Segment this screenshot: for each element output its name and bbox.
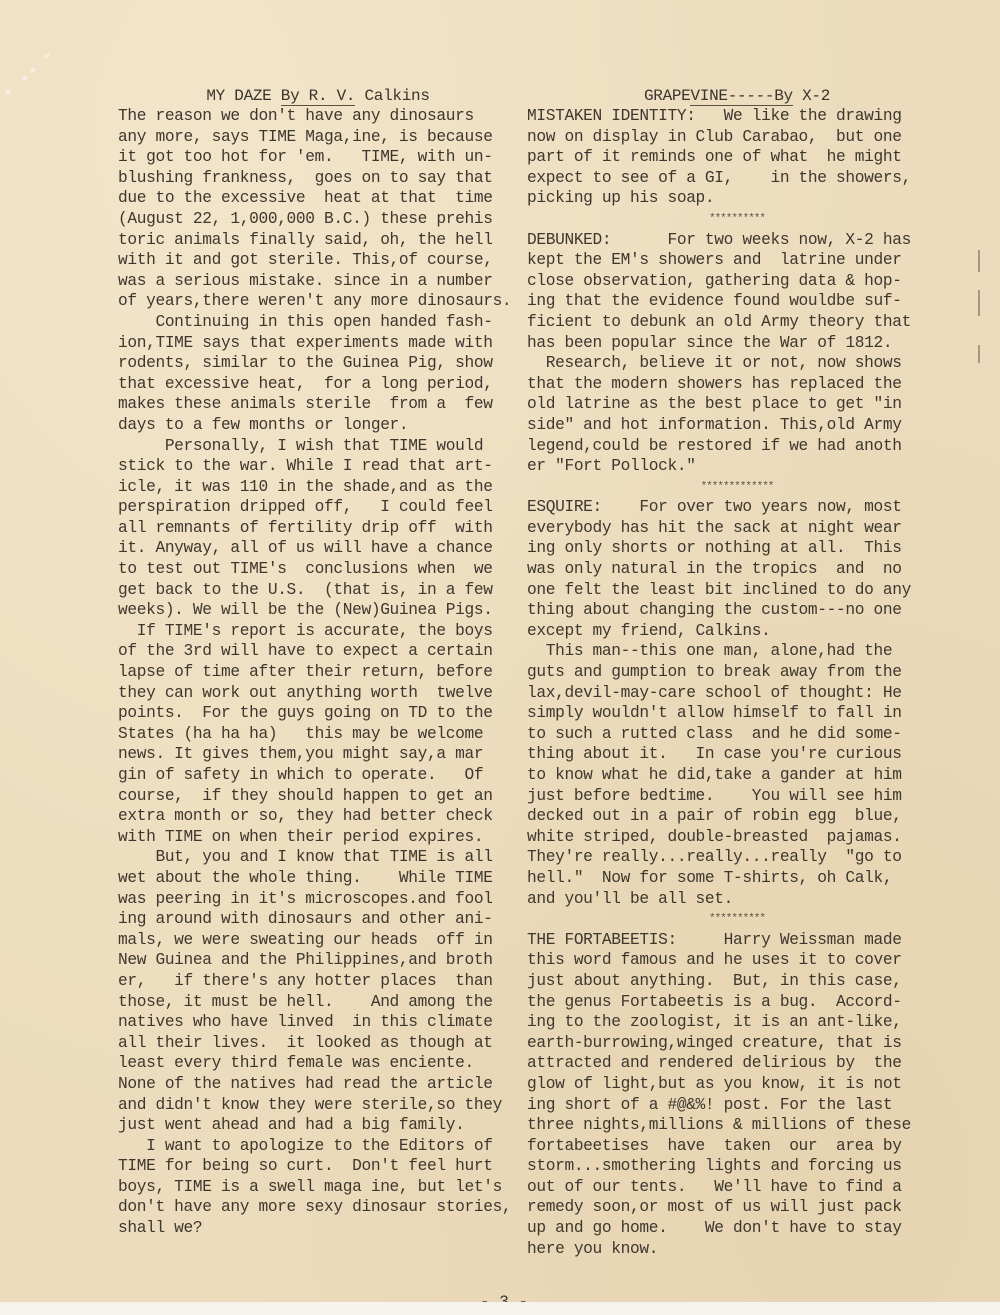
text-line: storm...smothering lights and forcing us — [527, 1156, 947, 1177]
text-line: thing about changing the custom---no one — [527, 600, 947, 621]
text-line: all remnants of fertility drip off with — [118, 518, 518, 539]
margin-mark — [978, 290, 980, 316]
text-line: out of our tents. We'll have to find a — [527, 1177, 947, 1198]
grapevine-item: MISTAKEN IDENTITY: We like the drawingno… — [527, 106, 947, 230]
text-line: er, if there's any hotter places than — [118, 971, 518, 992]
text-line: kept the EM's showers and latrine under — [527, 250, 947, 271]
text-line: ficient to debunk an old Army theory tha… — [527, 312, 947, 333]
text-line: decked out in a pair of robin egg blue, — [527, 806, 947, 827]
text-line: news. It gives them,you might say,a mar — [118, 744, 518, 765]
scan-bottom-edge — [0, 1302, 1000, 1315]
text-line: has been popular since the War of 1812. — [527, 333, 947, 354]
text-line: to know what he did,take a gander at him — [527, 765, 947, 786]
text-line: this word famous and he uses it to cover — [527, 950, 947, 971]
text-line: shall we? — [118, 1218, 518, 1239]
text-line: side" and hot information. This,old Army — [527, 415, 947, 436]
asterisk-separator: ********** — [527, 909, 947, 930]
column-grapevine: GRAPEVINE-----By X-2 MISTAKEN IDENTITY: … — [527, 86, 947, 1259]
text-line: But, you and I know that TIME is all — [118, 847, 518, 868]
asterisk-separator: ********** — [527, 209, 947, 230]
article-title-my-daze: MY DAZE By R. V. Calkins — [118, 86, 518, 106]
text-line: simply wouldn't allow himself to fall in — [527, 703, 947, 724]
text-line: one felt the least bit inclined to do an… — [527, 580, 947, 601]
text-line: None of the natives had read the article — [118, 1074, 518, 1095]
text-line: close observation, gathering data & hop- — [527, 271, 947, 292]
text-line: old latrine as the best place to get "in — [527, 394, 947, 415]
text-line: of years,there weren't any more dinosaur… — [118, 291, 518, 312]
text-line: course, if they should happen to get an — [118, 786, 518, 807]
text-line: hell." Now for some T-shirts, oh Calk, — [527, 868, 947, 889]
text-line: it. Anyway, all of us will have a chance — [118, 538, 518, 559]
text-line: all their lives. it looked as though at — [118, 1033, 518, 1054]
text-line: to such a rutted class and he did some- — [527, 724, 947, 745]
text-line: just before bedtime. You will see him — [527, 786, 947, 807]
text-line: don't have any more sexy dinosaur storie… — [118, 1197, 518, 1218]
text-line: weeks). We will be the (New)Guinea Pigs. — [118, 600, 518, 621]
text-line: guts and gumption to break away from the — [527, 662, 947, 683]
text-line: now on display in Club Carabao, but one — [527, 127, 947, 148]
text-line: (August 22, 1,000,000 B.C.) these prehis — [118, 209, 518, 230]
text-line: lapse of time after their return, before — [118, 662, 518, 683]
text-line: was peering in it's microscopes.and fool — [118, 889, 518, 910]
text-line: that the modern showers has replaced the — [527, 374, 947, 395]
text-line: that excessive heat, for a long period, — [118, 374, 518, 395]
text-line: get back to the U.S. (that is, in a few — [118, 580, 518, 601]
text-line: Personally, I wish that TIME would — [118, 436, 518, 457]
text-line: attracted and rendered delirious by the — [527, 1053, 947, 1074]
grapevine-item: THE FORTABEETIS: Harry Weissman madethis… — [527, 930, 947, 1260]
text-line: mals, we were sweating our heads off in — [118, 930, 518, 951]
text-line: THE FORTABEETIS: Harry Weissman made — [527, 930, 947, 951]
grapevine-item: ESQUIRE: For over two years now, mosteve… — [527, 497, 947, 929]
asterisk-separator: ************* — [527, 477, 947, 498]
text-line: except my friend, Calkins. — [527, 621, 947, 642]
text-line: If TIME's report is accurate, the boys — [118, 621, 518, 642]
text-line: I want to apologize to the Editors of — [118, 1136, 518, 1157]
text-line: just went ahead and had a big family. — [118, 1115, 518, 1136]
grapevine-item: DEBUNKED: For two weeks now, X-2 haskept… — [527, 230, 947, 498]
text-line: to test out TIME's conclusions when we — [118, 559, 518, 580]
text-line: ESQUIRE: For over two years now, most — [527, 497, 947, 518]
text-line: three nights,millions & millions of thes… — [527, 1115, 947, 1136]
text-line: er "Fort Pollock." — [527, 456, 947, 477]
text-line: everybody has hit the sack at night wear — [527, 518, 947, 539]
text-line: lax,devil-may-care school of thought: He — [527, 683, 947, 704]
text-line: picking up his soap. — [527, 188, 947, 209]
text-line: was a serious mistake. since in a number — [118, 271, 518, 292]
text-line: of the 3rd will have to expect a certain — [118, 641, 518, 662]
text-line: expect to see of a GI, in the showers, — [527, 168, 947, 189]
text-line: perspiration dripped off, I could feel — [118, 497, 518, 518]
text-line: least every third female was enciente. — [118, 1053, 518, 1074]
article-body-grapevine: MISTAKEN IDENTITY: We like the drawingno… — [527, 106, 947, 1259]
text-line: ing short of a #@&%! post. For the last — [527, 1095, 947, 1116]
text-line: thing about it. In case you're curious — [527, 744, 947, 765]
text-line: ing that the evidence found wouldbe suf- — [527, 291, 947, 312]
text-line: They're really...really...really "go to — [527, 847, 947, 868]
paper-punch-mark — [21, 75, 28, 82]
text-line: DEBUNKED: For two weeks now, X-2 has — [527, 230, 947, 251]
text-line: This man--this one man, alone,had the — [527, 641, 947, 662]
paper-punch-mark — [29, 67, 36, 74]
article-body-my-daze: The reason we don't have any dinosaursan… — [118, 106, 518, 1239]
paper-punch-mark — [4, 89, 11, 96]
typewritten-newsletter-page: MY DAZE By R. V. Calkins The reason we d… — [0, 0, 1000, 1315]
margin-mark — [978, 250, 980, 272]
text-line: blushing frankness, goes on to say that — [118, 168, 518, 189]
text-line: was only natural in the tropics and no — [527, 559, 947, 580]
text-line: natives who have linved in this climate — [118, 1012, 518, 1033]
text-line: glow of light,but as you know, it is not — [527, 1074, 947, 1095]
text-line: The reason we don't have any dinosaurs — [118, 106, 518, 127]
text-line: just about anything. But, in this case, — [527, 971, 947, 992]
text-line: States (ha ha ha) this may be welcome — [118, 724, 518, 745]
text-line: ion,TIME says that experiments made with — [118, 333, 518, 354]
text-line: with TIME on when their period expires. — [118, 827, 518, 848]
text-line: days to a few months or longer. — [118, 415, 518, 436]
column-my-daze: MY DAZE By R. V. Calkins The reason we d… — [118, 86, 518, 1239]
text-line: extra month or so, they had better check — [118, 806, 518, 827]
text-line: MISTAKEN IDENTITY: We like the drawing — [527, 106, 947, 127]
text-line: remedy soon,or most of us will just pack — [527, 1197, 947, 1218]
text-line: rodents, similar to the Guinea Pig, show — [118, 353, 518, 374]
text-line: those, it must be hell. And among the — [118, 992, 518, 1013]
text-line: and didn't know they were sterile,so the… — [118, 1095, 518, 1116]
text-line: boys, TIME is a swell maga ine, but let'… — [118, 1177, 518, 1198]
text-line: ing to the zoologist, it is an ant-like, — [527, 1012, 947, 1033]
text-line: and you'll be all set. — [527, 889, 947, 910]
text-line: they can work out anything worth twelve — [118, 683, 518, 704]
text-line: ing around with dinosaurs and other ani- — [118, 909, 518, 930]
text-line: part of it reminds one of what he might — [527, 147, 947, 168]
text-line: up and go home. We don't have to stay — [527, 1218, 947, 1239]
text-line: legend,could be restored if we had anoth — [527, 436, 947, 457]
text-line: stick to the war. While I read that art- — [118, 456, 518, 477]
text-line: any more, says TIME Maga,ine, is because — [118, 127, 518, 148]
text-line: it got too hot for 'em. TIME, with un- — [118, 147, 518, 168]
margin-mark — [978, 345, 980, 363]
paper-punch-mark — [43, 53, 50, 60]
text-line: points. For the guys going on TD to the — [118, 703, 518, 724]
text-line: Continuing in this open handed fash- — [118, 312, 518, 333]
text-line: the genus Fortabeetis is a bug. Accord- — [527, 992, 947, 1013]
text-line: toric animals finally said, oh, the hell — [118, 230, 518, 251]
text-line: here you know. — [527, 1239, 947, 1260]
article-title-grapevine: GRAPEVINE-----By X-2 — [527, 86, 947, 106]
text-line: with it and got sterile. This,of course, — [118, 250, 518, 271]
text-line: earth-burrowing,winged creature, that is — [527, 1033, 947, 1054]
text-line: fortabeetises have taken our area by — [527, 1136, 947, 1157]
text-line: TIME for being so curt. Don't feel hurt — [118, 1156, 518, 1177]
text-line: icle, it was 110 in the shade,and as the — [118, 477, 518, 498]
text-line: ing only shorts or nothing at all. This — [527, 538, 947, 559]
text-line: gin of safety in which to operate. Of — [118, 765, 518, 786]
text-line: New Guinea and the Philippines,and broth — [118, 950, 518, 971]
text-line: white striped, double-breasted pajamas. — [527, 827, 947, 848]
text-line: Research, believe it or not, now shows — [527, 353, 947, 374]
text-line: makes these animals sterile from a few — [118, 394, 518, 415]
text-line: due to the excessive heat at that time — [118, 188, 518, 209]
text-line: wet about the whole thing. While TIME — [118, 868, 518, 889]
